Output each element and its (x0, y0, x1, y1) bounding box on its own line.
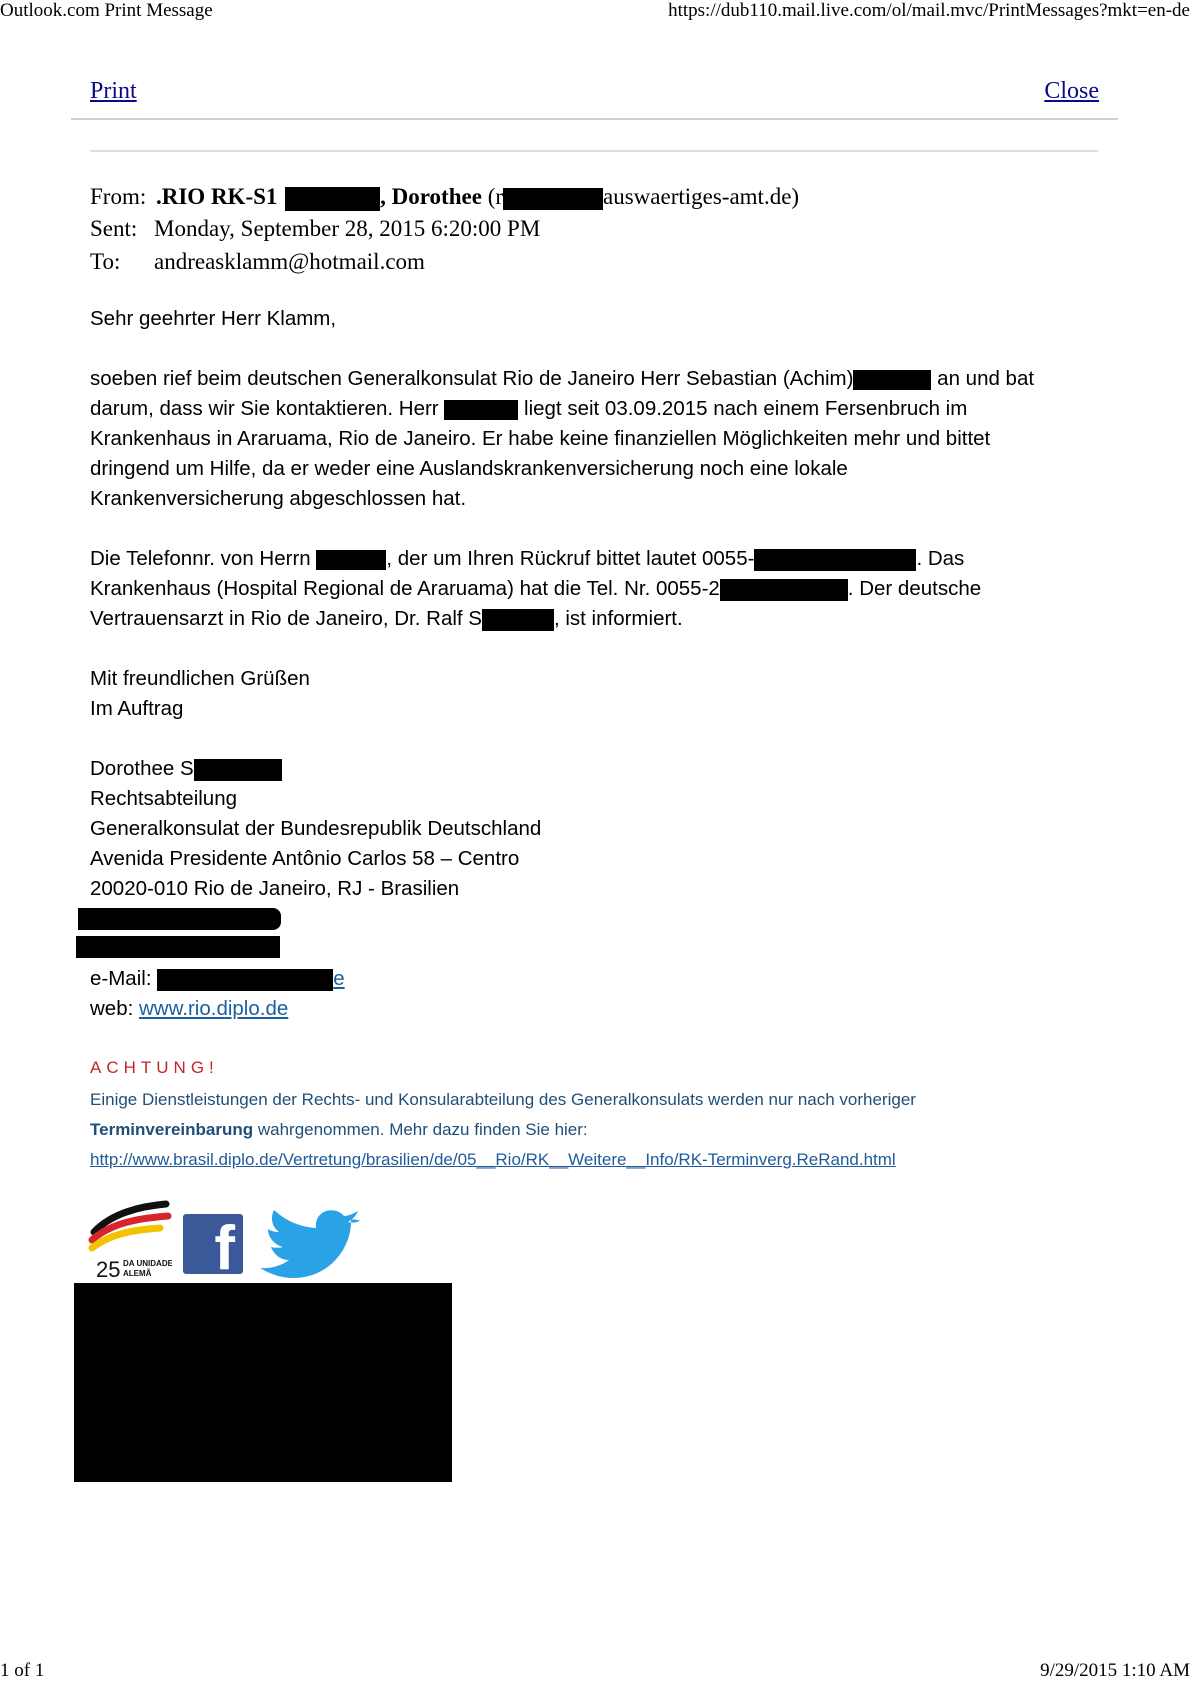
redaction-block (503, 188, 603, 210)
svg-text:DA UNIDADE: DA UNIDADE (123, 1259, 172, 1268)
logo-row: 25 DA UNIDADE ALEMÃ f (88, 1200, 378, 1280)
message-body: Sehr geehrter Herr Klamm, soeben rief be… (90, 304, 1090, 1024)
signature-organization: Generalkonsulat der Bundesrepublik Deuts… (90, 814, 1090, 844)
closing-im-auftrag: Im Auftrag (90, 694, 1090, 724)
paragraph-1-line: Krankenversicherung abgeschlossen hat. (90, 484, 1090, 514)
signature-fax (90, 934, 1090, 964)
email-link[interactable]: e (333, 967, 344, 990)
redacted-image-block (74, 1283, 452, 1482)
redaction-block (482, 609, 554, 631)
german-unity-25-logo[interactable]: 25 DA UNIDADE ALEMÃ (88, 1200, 172, 1280)
print-page-number: 1 of 1 (0, 1660, 44, 1682)
to-value: andreasklamm@hotmail.com (154, 249, 425, 274)
from-name-part2: , Dorothee (380, 184, 482, 209)
close-link[interactable]: Close (1044, 78, 1099, 105)
web-link[interactable]: www.rio.diplo.de (139, 997, 288, 1020)
redaction-block (316, 550, 386, 570)
signature-department: Rechtsabteilung (90, 784, 1090, 814)
greeting: Sehr geehrter Herr Klamm, (90, 304, 1090, 334)
redaction-block (157, 969, 333, 991)
redaction-block (720, 579, 848, 601)
from-email-suffix: auswaertiges-amt.de) (603, 184, 799, 209)
from-name-part1: .RIO RK-S1 (156, 184, 277, 209)
signature-phone (90, 904, 1090, 934)
sent-label: Sent: (90, 216, 154, 242)
print-page-url: https://dub110.mail.live.com/ol/mail.mvc… (668, 0, 1190, 22)
sent-row: Sent:Monday, September 28, 2015 6:20:00 … (90, 216, 540, 242)
signature-web: web: www.rio.diplo.de (90, 994, 1090, 1024)
paragraph-1-line: darum, dass wir Sie kontaktieren. Herr l… (90, 394, 1090, 424)
redaction-block (285, 187, 380, 211)
to-label: To: (90, 249, 154, 275)
facebook-icon[interactable]: f (183, 1214, 243, 1274)
print-link[interactable]: Print (90, 78, 137, 105)
redaction-block (78, 908, 281, 930)
signature-name: Dorothee S (90, 754, 1090, 784)
redaction-block (194, 759, 282, 781)
print-page-title: Outlook.com Print Message (0, 0, 213, 22)
paragraph-1-line: soeben rief beim deutschen Generalkonsul… (90, 364, 1090, 394)
from-row: From:.RIO RK-S1 , Dorothee (rauswaertige… (90, 184, 799, 211)
paragraph-2-line: Die Telefonnr. von Herrn , der um Ihren … (90, 544, 1090, 574)
redaction-block (444, 400, 518, 420)
message-toolbar: Print Close (71, 78, 1118, 120)
notice-line-2: Terminvereinbarung wahrgenommen. Mehr da… (90, 1115, 1090, 1145)
svg-text:25: 25 (96, 1257, 120, 1280)
sent-value: Monday, September 28, 2015 6:20:00 PM (154, 216, 540, 241)
svg-text:ALEMÃ: ALEMÃ (123, 1269, 152, 1278)
appointment-url-link[interactable]: http://www.brasil.diplo.de/Vertretung/br… (90, 1150, 896, 1169)
paragraph-1-line: dringend um Hilfe, da er weder eine Ausl… (90, 454, 1090, 484)
twitter-icon[interactable] (258, 1208, 368, 1280)
closing: Mit freundlichen Grüßen (90, 664, 1090, 694)
print-timestamp: 9/29/2015 1:10 AM (1040, 1660, 1190, 1682)
paragraph-1-line: Krankenhaus in Araruama, Rio de Janeiro.… (90, 424, 1090, 454)
to-row: To:andreasklamm@hotmail.com (90, 249, 425, 275)
signature-address-2: 20020-010 Rio de Janeiro, RJ - Brasilien (90, 874, 1090, 904)
paragraph-2-line: Vertrauensarzt in Rio de Janeiro, Dr. Ra… (90, 604, 1090, 634)
appointment-notice: Einige Dienstleistungen der Rechts- und … (90, 1085, 1090, 1175)
signature-address-1: Avenida Presidente Antônio Carlos 58 – C… (90, 844, 1090, 874)
achtung-heading: ACHTUNG! (90, 1058, 219, 1078)
from-email-prefix: (r (488, 184, 503, 209)
from-label: From: (90, 184, 156, 210)
redaction-block (76, 936, 280, 958)
redaction-block (754, 549, 916, 571)
signature-email: e-Mail: e (90, 964, 1090, 994)
redaction-block (853, 370, 931, 390)
header-divider (90, 150, 1098, 152)
notice-line-1: Einige Dienstleistungen der Rechts- und … (90, 1085, 1090, 1115)
paragraph-2-line: Krankenhaus (Hospital Regional de Ararua… (90, 574, 1090, 604)
